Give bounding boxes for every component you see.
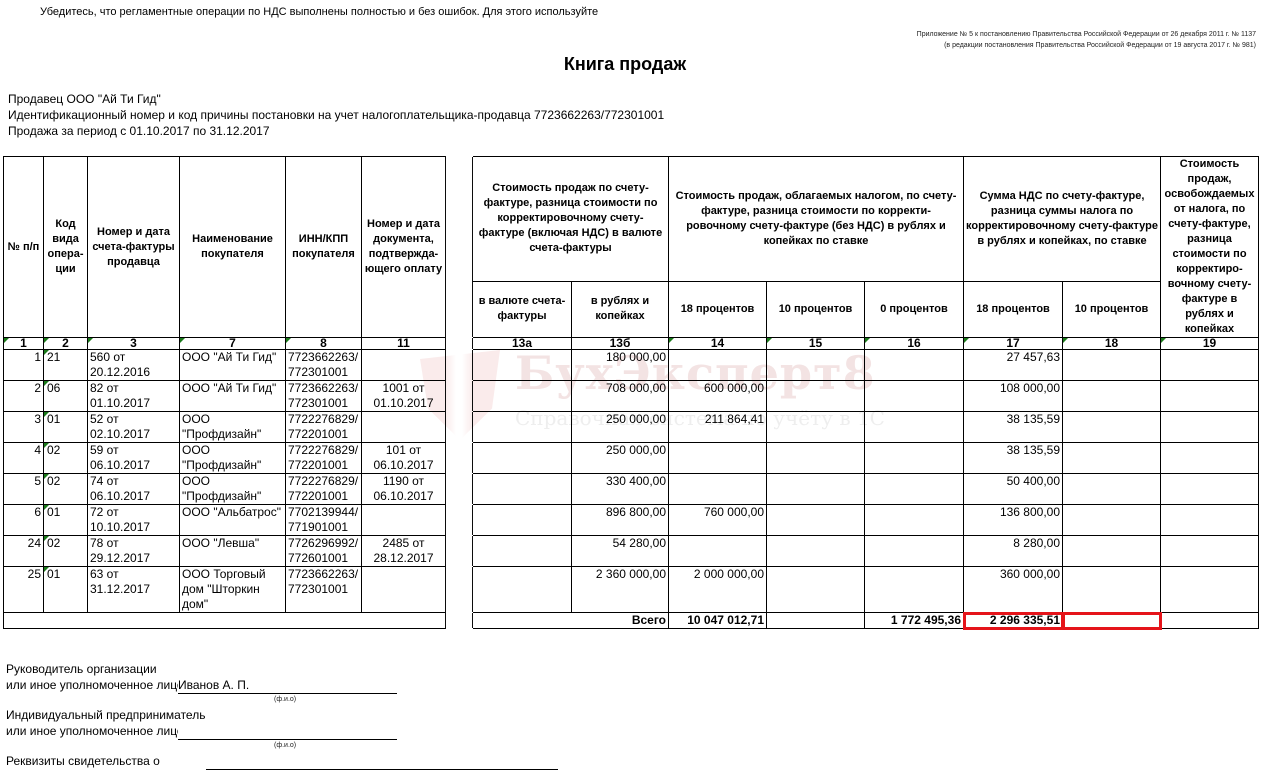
buyer: ООО"Профдизайн" [180, 412, 286, 443]
header-in-currency: в валюте счета-фактуры [473, 281, 572, 337]
buyer-inn: 7722276829/772201001 [286, 443, 362, 474]
buyer: ООО"Профдизайн" [180, 443, 286, 474]
table-row: 20682 от01.10.2017ООО "Ай Ти Гид"7723662… [4, 381, 1259, 412]
row-num: 25 [4, 567, 44, 613]
table-row: 50274 от06.10.2017ООО"Профдизайн"7722276… [4, 474, 1259, 505]
total-label: Всего [473, 613, 669, 629]
buyer-line: дом "Шторкин [182, 582, 283, 597]
buyer-inn-line: 772301001 [288, 365, 359, 380]
invoice-line: 59 от [90, 443, 177, 458]
cell-14 [669, 443, 767, 474]
total-vat-18-highlighted[interactable]: 2 296 335,51 [964, 613, 1063, 629]
head-name-field[interactable]: Иванов А. П. [178, 678, 397, 694]
buyer: ООО "Ай Ти Гид" [180, 350, 286, 381]
col-number: 3 [88, 338, 180, 350]
cell-19 [1161, 443, 1259, 474]
invoice-line: 29.12.2017 [90, 551, 177, 566]
header-taxable-0: 0 процентов [865, 281, 964, 337]
period-line: Продажа за период с 01.10.2017 по 31.12.… [8, 124, 270, 138]
buyer-line: "Профдизайн" [182, 427, 283, 442]
total-15 [767, 613, 865, 629]
invoice-line: 74 от [90, 474, 177, 489]
col-number: 13б [572, 338, 669, 350]
header-in-rub: в рублях и копейках [572, 281, 669, 337]
cell-16 [865, 536, 964, 567]
total-19 [1161, 613, 1259, 629]
header-vat-group: Сумма НДС по счету-фактуре, разница сумм… [964, 157, 1161, 282]
buyer-inn-line: 7702139944/ [288, 505, 359, 520]
invoice-line: 06.10.2017 [90, 489, 177, 504]
header-exempt: Стоимость продаж, освобождаемых от налог… [1161, 157, 1259, 338]
payment-doc-line: 2485 от [364, 536, 443, 551]
cell-16 [865, 350, 964, 381]
header-total-group: Стоимость продаж по счету-фактуре, разни… [473, 157, 669, 282]
buyer-line: ООО "Левша" [182, 536, 283, 551]
ip-label-1: Индивидуальный предприниматель [6, 708, 205, 722]
cell-17: 50 400,00 [964, 474, 1063, 505]
buyer-inn-line: 772201001 [288, 427, 359, 442]
cell-14: 211 864,41 [669, 412, 767, 443]
invoice-line: 31.12.2017 [90, 582, 177, 597]
header-taxable-18: 18 процентов [669, 281, 767, 337]
cell-13b: 330 400,00 [572, 474, 669, 505]
invoice-line: 560 от [90, 350, 177, 365]
cell-16 [865, 381, 964, 412]
table-row: 40259 от06.10.2017ООО"Профдизайн"7722276… [4, 443, 1259, 474]
cell-18 [1063, 536, 1161, 567]
col-number: 7 [180, 338, 286, 350]
payment-doc-line: 1001 от [364, 381, 443, 396]
invoice-line: 52 от [90, 412, 177, 427]
total-16: 1 772 495,36 [865, 613, 964, 629]
invoice-line: 78 от [90, 536, 177, 551]
cell-19 [1161, 536, 1259, 567]
cell-18 [1063, 505, 1161, 536]
cell-17: 360 000,00 [964, 567, 1063, 613]
invoice: 78 от29.12.2017 [88, 536, 180, 567]
buyer-inn-line: 772601001 [288, 551, 359, 566]
col-number: 11 [362, 338, 446, 350]
invoice: 74 от06.10.2017 [88, 474, 180, 505]
op-code: 02 [44, 536, 88, 567]
col-number: 15 [767, 338, 865, 350]
col-number: 1 [4, 338, 44, 350]
payment-doc [362, 350, 446, 381]
col-number: 18 [1063, 338, 1161, 350]
cell-17: 38 135,59 [964, 443, 1063, 474]
cell-16 [865, 443, 964, 474]
header-inn: ИНН/КПП покупателя [286, 157, 362, 338]
col-number: 17 [964, 338, 1063, 350]
invoice: 59 от06.10.2017 [88, 443, 180, 474]
cell-13a [473, 505, 572, 536]
buyer-inn: 7723662263/772301001 [286, 350, 362, 381]
buyer-line: ООО "Альбатрос" [182, 505, 283, 520]
cell-18 [1063, 443, 1161, 474]
cell-15 [767, 412, 865, 443]
table-row: 250163 от31.12.2017ООО Торговыйдом "Штор… [4, 567, 1259, 613]
row-num: 4 [4, 443, 44, 474]
cell-18 [1063, 381, 1161, 412]
payment-doc-line: 1190 от [364, 474, 443, 489]
cell-15 [767, 350, 865, 381]
buyer: ООО "Ай Ти Гид" [180, 381, 286, 412]
buyer-inn: 7722276829/772201001 [286, 412, 362, 443]
cell-13a [473, 350, 572, 381]
op-code: 02 [44, 443, 88, 474]
header-vat-18: 18 процентов [964, 281, 1063, 337]
buyer: ООО Торговыйдом "Шторкиндом" [180, 567, 286, 613]
gap [446, 412, 473, 443]
buyer: ООО"Профдизайн" [180, 474, 286, 505]
cert-label: Реквизиты свидетельства о [6, 754, 160, 768]
payment-doc: 2485 от28.12.2017 [362, 536, 446, 567]
row-num: 5 [4, 474, 44, 505]
buyer-line: ООО [182, 443, 283, 458]
row-num: 1 [4, 350, 44, 381]
cell-13a [473, 567, 572, 613]
table-row: 60172 от10.10.2017ООО "Альбатрос"7702139… [4, 505, 1259, 536]
buyer-line: ООО [182, 412, 283, 427]
vat-operations-notice: Убедитесь, что регламентные операции по … [40, 6, 598, 18]
column-numbers-row: 1 2 3 7 8 11 13а 13б 14 15 16 17 18 19 [4, 338, 1259, 350]
cell-14: 600 000,00 [669, 381, 767, 412]
invoice-line: 82 от [90, 381, 177, 396]
cell-13a [473, 536, 572, 567]
col-number: 14 [669, 338, 767, 350]
op-code: 01 [44, 412, 88, 443]
col-number: 16 [865, 338, 964, 350]
payment-doc [362, 505, 446, 536]
invoice-line: 72 от [90, 505, 177, 520]
op-code: 02 [44, 474, 88, 505]
payment-doc: 101 от06.10.2017 [362, 443, 446, 474]
seller-line: Продавец ООО "Ай Ти Гид" [8, 92, 161, 106]
buyer-line: ООО "Ай Ти Гид" [182, 381, 283, 396]
row-num: 3 [4, 412, 44, 443]
ip-name-field[interactable] [178, 724, 397, 740]
invoice: 52 от02.10.2017 [88, 412, 180, 443]
head-label-1: Руководитель организации [6, 662, 157, 676]
header-taxable-10: 10 процентов [767, 281, 865, 337]
gap [446, 381, 473, 412]
cell-17: 108 000,00 [964, 381, 1063, 412]
cell-13b: 896 800,00 [572, 505, 669, 536]
buyer: ООО "Альбатрос" [180, 505, 286, 536]
buyer-inn-line: 7723662263/ [288, 381, 359, 396]
header-vat-10: 10 процентов [1063, 281, 1161, 337]
buyer-inn-line: 7723662263/ [288, 567, 359, 582]
cell-15 [767, 536, 865, 567]
gap [446, 567, 473, 613]
op-code: 01 [44, 567, 88, 613]
gap [446, 350, 473, 381]
head-label-2: или иное уполномоченное лицо [6, 678, 178, 692]
invoice-line: 02.10.2017 [90, 427, 177, 442]
cell-17: 136 800,00 [964, 505, 1063, 536]
buyer-line: дом" [182, 597, 283, 612]
buyer-inn-line: 7722276829/ [288, 443, 359, 458]
fio-caption: (ф.и.о) [274, 696, 296, 703]
total-spacer [4, 613, 446, 629]
cell-18 [1063, 412, 1161, 443]
payment-doc [362, 567, 446, 613]
header-invoice: Номер и дата счета-фактуры продавца [88, 157, 180, 338]
invoice-line: 63 от [90, 567, 177, 582]
cell-16 [865, 567, 964, 613]
cell-15 [767, 443, 865, 474]
header-taxable-group: Стоимость продаж, облагаемых налогом, по… [669, 157, 964, 282]
cell-16 [865, 412, 964, 443]
payment-doc-line: 06.10.2017 [364, 489, 443, 504]
cell-15 [767, 505, 865, 536]
ip-label-2: или иное уполномоченное лицо [6, 724, 178, 738]
buyer-inn-line: 772201001 [288, 458, 359, 473]
cell-19 [1161, 381, 1259, 412]
buyer: ООО "Левша" [180, 536, 286, 567]
cell-17: 8 280,00 [964, 536, 1063, 567]
cell-16 [865, 505, 964, 536]
invoice: 72 от10.10.2017 [88, 505, 180, 536]
payment-doc [362, 412, 446, 443]
invoice-line: 20.12.2016 [90, 365, 177, 380]
cell-14 [669, 474, 767, 505]
cell-19 [1161, 350, 1259, 381]
fio-caption: (ф.и.о) [274, 742, 296, 749]
cell-14: 760 000,00 [669, 505, 767, 536]
cell-13b: 180 000,00 [572, 350, 669, 381]
buyer-inn: 7702139944/771901001 [286, 505, 362, 536]
buyer-line: ООО [182, 474, 283, 489]
col-number: 2 [44, 338, 88, 350]
buyer-inn: 7722276829/772201001 [286, 474, 362, 505]
gap [446, 536, 473, 567]
payment-doc-line: 28.12.2017 [364, 551, 443, 566]
buyer-line: "Профдизайн" [182, 489, 283, 504]
cell-19 [1161, 412, 1259, 443]
gap [446, 443, 473, 474]
buyer-inn-line: 7723662263/ [288, 350, 359, 365]
cell-14 [669, 536, 767, 567]
buyer-inn: 7723662263/772301001 [286, 567, 362, 613]
cell-15 [767, 381, 865, 412]
cell-15 [767, 567, 865, 613]
cell-15 [767, 474, 865, 505]
invoice: 560 от20.12.2016 [88, 350, 180, 381]
header-payment-doc: Номер и дата документа, подтвержда-ющего… [362, 157, 446, 338]
cell-13b: 250 000,00 [572, 412, 669, 443]
cell-13b: 2 360 000,00 [572, 567, 669, 613]
total-vat-10-highlighted[interactable] [1063, 613, 1161, 629]
payment-doc-line: 101 от [364, 443, 443, 458]
cell-13a [473, 443, 572, 474]
row-num: 6 [4, 505, 44, 536]
appendix-line-1: Приложение № 5 к постановлению Правитель… [917, 29, 1256, 40]
buyer-inn-line: 7726296992/ [288, 536, 359, 551]
row-num: 2 [4, 381, 44, 412]
buyer-inn: 7723662263/772301001 [286, 381, 362, 412]
total-14: 10 047 012,71 [669, 613, 767, 629]
col-number: 8 [286, 338, 362, 350]
appendix-line-2: (в редакции постановления Правительства … [917, 40, 1256, 51]
invoice-line: 06.10.2017 [90, 458, 177, 473]
invoice: 82 от01.10.2017 [88, 381, 180, 412]
cert-field[interactable] [206, 754, 558, 770]
gap [446, 338, 473, 350]
appendix-reference: Приложение № 5 к постановлению Правитель… [917, 29, 1256, 51]
cell-13a [473, 412, 572, 443]
header-op-code: Код вида опера-ции [44, 157, 88, 338]
buyer-line: ООО "Ай Ти Гид" [182, 350, 283, 365]
gap [446, 474, 473, 505]
cell-13a [473, 381, 572, 412]
cell-13a [473, 474, 572, 505]
op-code: 06 [44, 381, 88, 412]
cell-13b: 250 000,00 [572, 443, 669, 474]
page-title: Книга продаж [0, 54, 1250, 75]
buyer-inn-line: 7722276829/ [288, 412, 359, 427]
payment-doc-line: 06.10.2017 [364, 458, 443, 473]
buyer-inn-line: 772301001 [288, 396, 359, 411]
cell-17: 27 457,63 [964, 350, 1063, 381]
header-buyer: Наименование покупателя [180, 157, 286, 338]
gap [446, 505, 473, 536]
cell-13b: 708 000,00 [572, 381, 669, 412]
payment-doc-line: 01.10.2017 [364, 396, 443, 411]
cell-17: 38 135,59 [964, 412, 1063, 443]
cell-14: 2 000 000,00 [669, 567, 767, 613]
buyer-inn-line: 772301001 [288, 582, 359, 597]
cell-14 [669, 350, 767, 381]
table-row: 240278 от29.12.2017ООО "Левша"7726296992… [4, 536, 1259, 567]
cell-18 [1063, 474, 1161, 505]
cell-18 [1063, 567, 1161, 613]
buyer-inn-line: 771901001 [288, 520, 359, 535]
op-code: 21 [44, 350, 88, 381]
table-row: 30152 от02.10.2017ООО"Профдизайн"7722276… [4, 412, 1259, 443]
table-row: 121560 от20.12.2016ООО "Ай Ти Гид"772366… [4, 350, 1259, 381]
invoice: 63 от31.12.2017 [88, 567, 180, 613]
cell-16 [865, 474, 964, 505]
buyer-inn: 7726296992/772601001 [286, 536, 362, 567]
header-num: № п/п [4, 157, 44, 338]
col-number: 19 [1161, 338, 1259, 350]
buyer-inn-line: 7722276829/ [288, 474, 359, 489]
payment-doc: 1190 от06.10.2017 [362, 474, 446, 505]
buyer-line: "Профдизайн" [182, 458, 283, 473]
buyer-line: ООО Торговый [182, 567, 283, 582]
cell-18 [1063, 350, 1161, 381]
cell-19 [1161, 505, 1259, 536]
buyer-inn-line: 772201001 [288, 489, 359, 504]
payment-doc: 1001 от01.10.2017 [362, 381, 446, 412]
op-code: 01 [44, 505, 88, 536]
gap [446, 157, 473, 338]
gap [446, 613, 473, 629]
row-num: 24 [4, 536, 44, 567]
seller-inn-line: Идентификационный номер и код причины по… [8, 108, 664, 122]
invoice-line: 10.10.2017 [90, 520, 177, 535]
cell-19 [1161, 567, 1259, 613]
invoice-line: 01.10.2017 [90, 396, 177, 411]
total-row: Всего 10 047 012,71 1 772 495,36 2 296 3… [4, 613, 1259, 629]
cell-19 [1161, 474, 1259, 505]
sales-book-table: № п/п Код вида опера-ции Номер и дата сч… [3, 156, 1259, 629]
col-number: 13а [473, 338, 572, 350]
cell-13b: 54 280,00 [572, 536, 669, 567]
